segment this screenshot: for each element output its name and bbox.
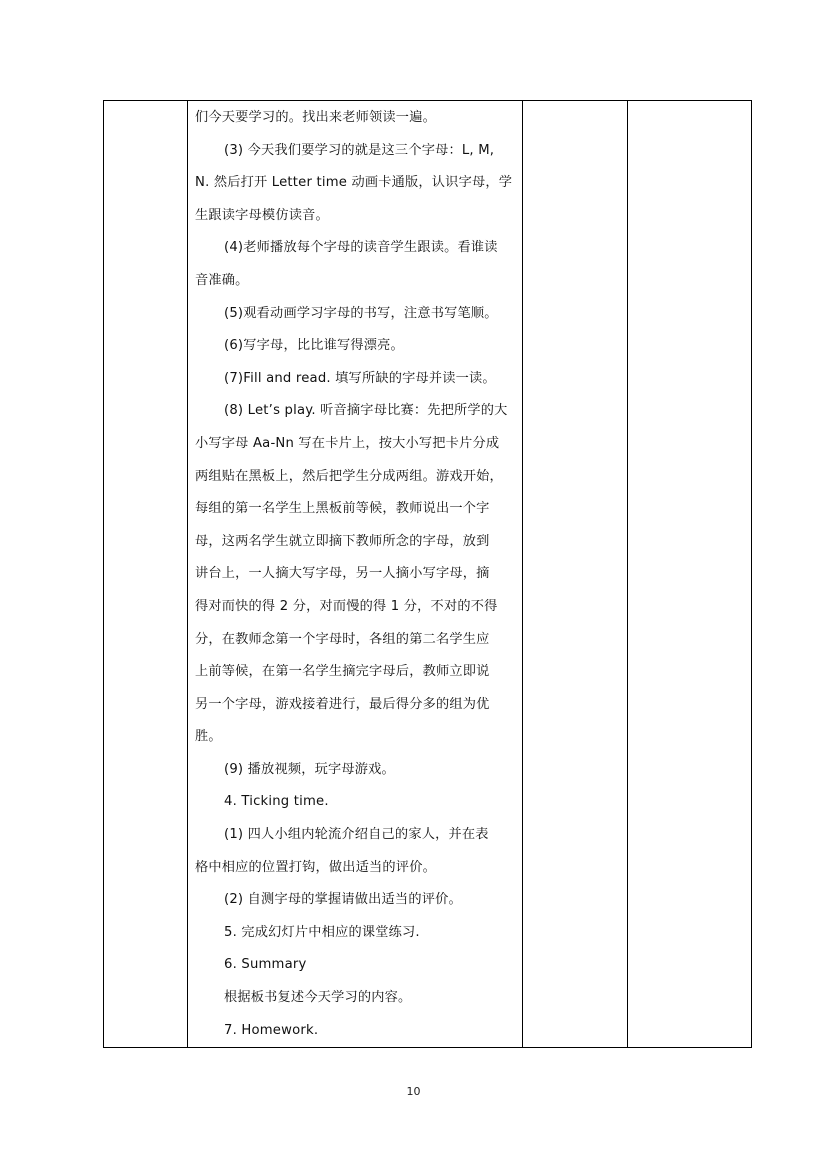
text-line: 音准确。 xyxy=(195,265,515,298)
text-line: 上前等候，在第一名学生摘完字母后，教师立即说 xyxy=(195,656,515,689)
lesson-plan-table: 们今天要学习的。找出来老师领读一遍。(3) 今天我们要学习的就是这三个字母：L,… xyxy=(103,100,752,1048)
table-cell-activities: 们今天要学习的。找出来老师领读一遍。(3) 今天我们要学习的就是这三个字母：L,… xyxy=(188,101,523,1048)
text-line: 格中相应的位置打钩，做出适当的评价。 xyxy=(195,852,515,885)
text-line: 两组贴在黑板上，然后把学生分成两组。游戏开始， xyxy=(195,461,515,494)
text-line: (3) 今天我们要学习的就是这三个字母：L, M, xyxy=(195,135,515,168)
text-line: (5)观看动画学习字母的书写，注意书写笔顺。 xyxy=(195,298,515,331)
text-line: 们今天要学习的。找出来老师领读一遍。 xyxy=(195,102,515,135)
text-line: 根据板书复述今天学习的内容。 xyxy=(195,982,515,1015)
text-line: 4. Ticking time. xyxy=(195,786,515,819)
text-line: 每组的第一名学生上黑板前等候，教师说出一个字 xyxy=(195,493,515,526)
text-line: 7. Homework. xyxy=(195,1015,515,1048)
table-cell-stage xyxy=(104,101,188,1048)
text-line: N. 然后打开 Letter time 动画卡通版，认识字母，学 xyxy=(195,167,515,200)
text-line: (8) Let’s play. 听音摘字母比赛：先把所学的大 xyxy=(195,395,515,428)
table-cell-student-activity xyxy=(523,101,628,1048)
text-line: 讲台上，一人摘大写字母，另一人摘小写字母，摘 xyxy=(195,558,515,591)
text-line: (9) 播放视频，玩字母游戏。 xyxy=(195,754,515,787)
text-line: 另一个字母，游戏接着进行，最后得分多的组为优 xyxy=(195,689,515,722)
text-line: (6)写字母，比比谁写得漂亮。 xyxy=(195,330,515,363)
page-number: 10 xyxy=(0,1085,827,1098)
text-line: 母，这两名学生就立即摘下教师所念的字母，放到 xyxy=(195,526,515,559)
text-line: 胜。 xyxy=(195,721,515,754)
text-line: 生跟读字母模仿读音。 xyxy=(195,200,515,233)
text-line: 得对而快的得 2 分，对而慢的得 1 分，不对的不得 xyxy=(195,591,515,624)
activity-text-block: 们今天要学习的。找出来老师领读一遍。(3) 今天我们要学习的就是这三个字母：L,… xyxy=(188,102,522,1047)
table-row: 们今天要学习的。找出来老师领读一遍。(3) 今天我们要学习的就是这三个字母：L,… xyxy=(104,101,752,1048)
text-line: (4)老师播放每个字母的读音学生跟读。看谁读 xyxy=(195,232,515,265)
table-cell-notes xyxy=(628,101,752,1048)
text-line: 5. 完成幻灯片中相应的课堂练习. xyxy=(195,917,515,950)
text-line: 分，在教师念第一个字母时，各组的第二名学生应 xyxy=(195,624,515,657)
text-line: (7)Fill and read. 填写所缺的字母并读一读。 xyxy=(195,363,515,396)
text-line: (1) 四人小组内轮流介绍自己的家人，并在表 xyxy=(195,819,515,852)
text-line: (2) 自测字母的掌握请做出适当的评价。 xyxy=(195,884,515,917)
text-line: 6. Summary xyxy=(195,949,515,982)
text-line: 小写字母 Aa-Nn 写在卡片上，按大小写把卡片分成 xyxy=(195,428,515,461)
